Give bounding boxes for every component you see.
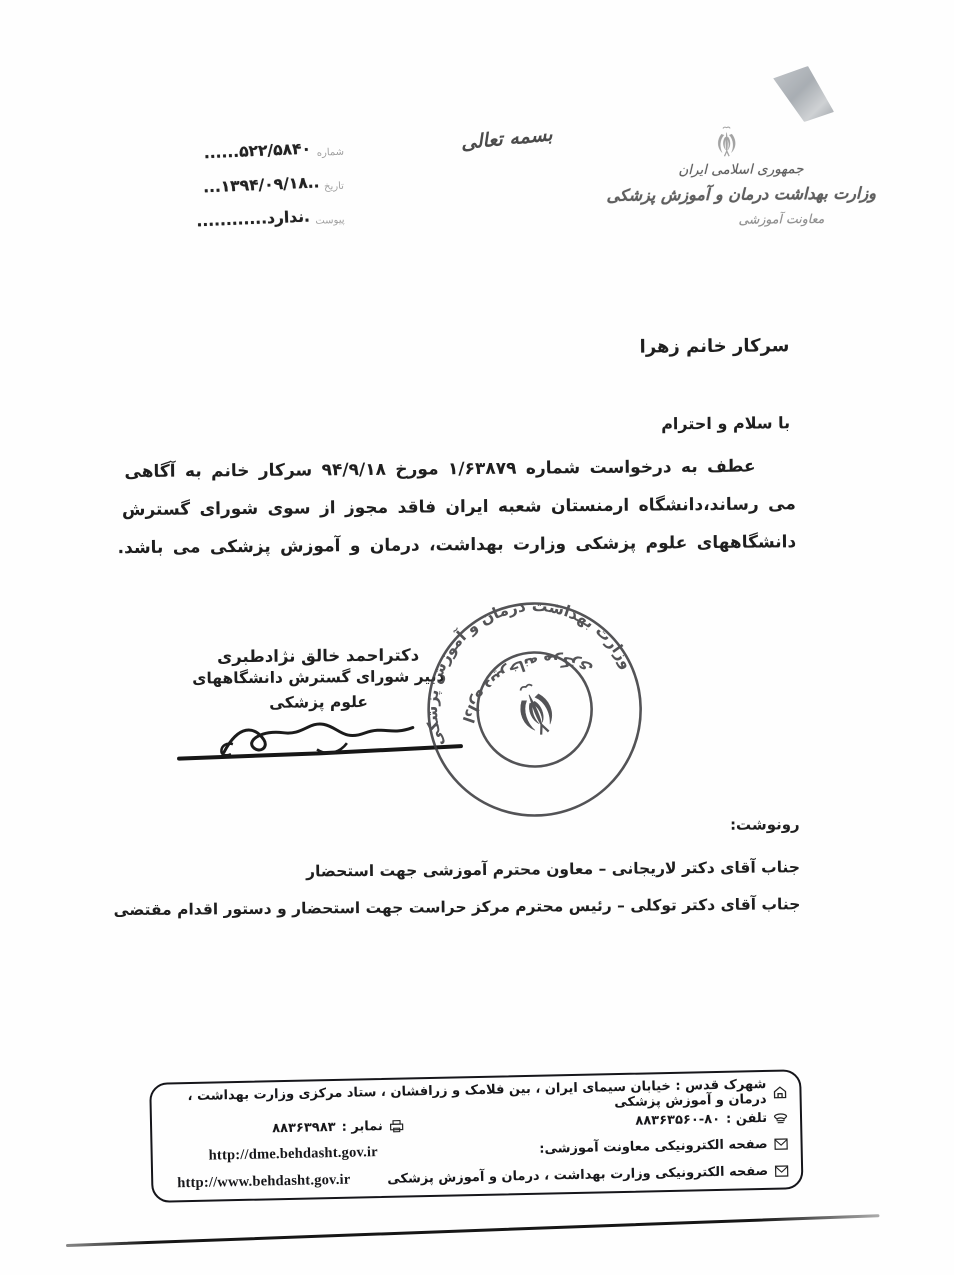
envelope-icon (774, 1164, 789, 1177)
ministry-web-label-item: صفحه الکترونیکی وزارت بهداشت ، درمان و آ… (387, 1163, 789, 1186)
bismillah-calligraphy: بسمه تعالی (431, 121, 582, 157)
ministry-web-label: صفحه الکترونیکی وزارت بهداشت ، درمان و آ… (387, 1164, 768, 1187)
phone-label: تلفن : (726, 1110, 767, 1126)
letter-date-label: تاریخ (324, 181, 344, 193)
address-icon (772, 1085, 787, 1098)
fax-item: نمابر : ۸۸۳۶۳۹۸۳ (272, 1118, 404, 1136)
recipient-line: سرکار خانم زهرا (640, 335, 790, 357)
fax-label: نمابر : (341, 1118, 382, 1134)
cc-heading: رونوشت: (730, 815, 800, 834)
letter-number-label: شماره (316, 147, 344, 159)
letter-attachment-row: پیوست .ندارد............ (84, 209, 344, 245)
body-line-2: می رساند،دانشگاه ارمنستان شعبه ایران فاق… (94, 485, 796, 529)
cc-line-1: جناب آقای دکتر لاریجانی – معاون محترم آم… (113, 849, 800, 892)
ministry-web-url: http://www.behdasht.gov.ir (177, 1172, 351, 1193)
letterhead: جمهوری اسلامی ایران وزارت بهداشت درمان و… (602, 122, 881, 227)
phone-number: ۸۸۳۶۳۵۶۰-۸۰ (635, 1111, 720, 1128)
iran-emblem-icon (714, 124, 740, 160)
letter-attachment-value: .ندارد............ (196, 207, 310, 230)
cc-list: جناب آقای دکتر لاریجانی – معاون محترم آم… (113, 849, 800, 929)
official-stamp: وزارت بهداشت درمان و آموزش پزشکی اداره د… (378, 553, 692, 867)
education-web-label-item: صفحه الکترونیکی معاونت آموزشی: (539, 1136, 789, 1156)
letterhead-department: معاونت آموزشی (642, 210, 920, 227)
letter-date-row: تاریخ ..۱۳۹۴/۰۹/۱۸... (84, 175, 344, 211)
body-line-1: عطف به درخواست شماره ۱/۶۳۸۷۹ مورخ ۹۴/۹/۱… (93, 447, 795, 491)
stamp-center-emblem-icon (512, 680, 559, 739)
letter-sheet: شماره ۵۲۲/۵۸۴۰...... تاریخ ..۱۳۹۴/۰۹/۱۸.… (0, 0, 954, 1275)
cc-line-2: جناب آقای دکتر توکلی – رئیس محترم مرکز ح… (113, 886, 800, 929)
phone-icon (773, 1111, 788, 1124)
fax-number: ۸۸۳۶۳۹۸۳ (272, 1119, 336, 1135)
letter-number-value: ۵۲۲/۵۸۴۰...... (204, 140, 312, 163)
footer-contact-box: شهرک قدس : خیابان سیمای ایران ، بین فلام… (149, 1069, 803, 1203)
scanned-letter-page: شماره ۵۲۲/۵۸۴۰...... تاریخ ..۱۳۹۴/۰۹/۱۸.… (0, 0, 954, 1275)
education-web-url: http://dme.behdasht.gov.ir (209, 1144, 378, 1165)
fax-icon (389, 1119, 404, 1132)
body-line-3: دانشگاههای علوم پزشکی وزارت بهداشت، درما… (94, 523, 796, 567)
phone-item: تلفن : ۸۸۳۶۳۵۶۰-۸۰ (635, 1110, 788, 1128)
education-web-label: صفحه الکترونیکی معاونت آموزشی: (539, 1137, 768, 1157)
salutation-line: با سلام و احترام (661, 413, 790, 433)
letterhead-country: جمهوری اسلامی ایران (602, 160, 880, 178)
letter-date-value: ..۱۳۹۴/۰۹/۱۸... (202, 173, 319, 196)
reference-block: شماره ۵۲۲/۵۸۴۰...... تاریخ ..۱۳۹۴/۰۹/۱۸.… (84, 141, 345, 245)
letter-attachment-label: پیوست (315, 215, 345, 227)
envelope-icon (773, 1137, 788, 1150)
letter-number-row: شماره ۵۲۲/۵۸۴۰...... (84, 141, 344, 177)
letter-body: عطف به درخواست شماره ۱/۶۳۸۷۹ مورخ ۹۴/۹/۱… (93, 447, 796, 567)
letterhead-ministry: وزارت بهداشت درمان و آموزش پزشکی (602, 183, 880, 204)
